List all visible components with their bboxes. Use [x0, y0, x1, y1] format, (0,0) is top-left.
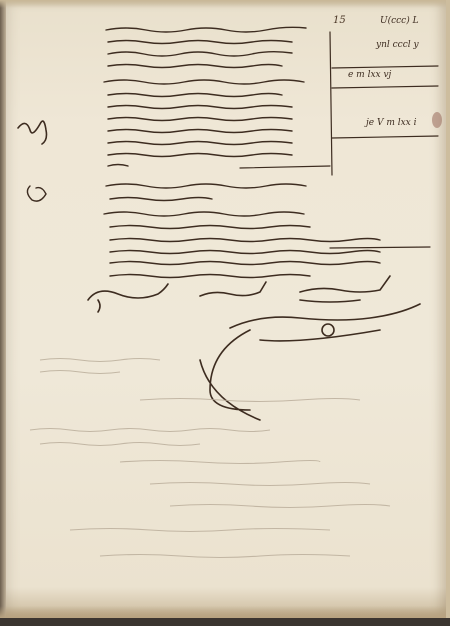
- main-text-block: [104, 27, 380, 277]
- manuscript-page: 15 U(ccc) L ynl cccl y e m lxx vj je V m…: [0, 0, 450, 618]
- margin-mark-2: [27, 186, 46, 201]
- signatures: [88, 276, 420, 420]
- margin-mark-1: [18, 121, 47, 144]
- handwriting-layer: [0, 0, 446, 618]
